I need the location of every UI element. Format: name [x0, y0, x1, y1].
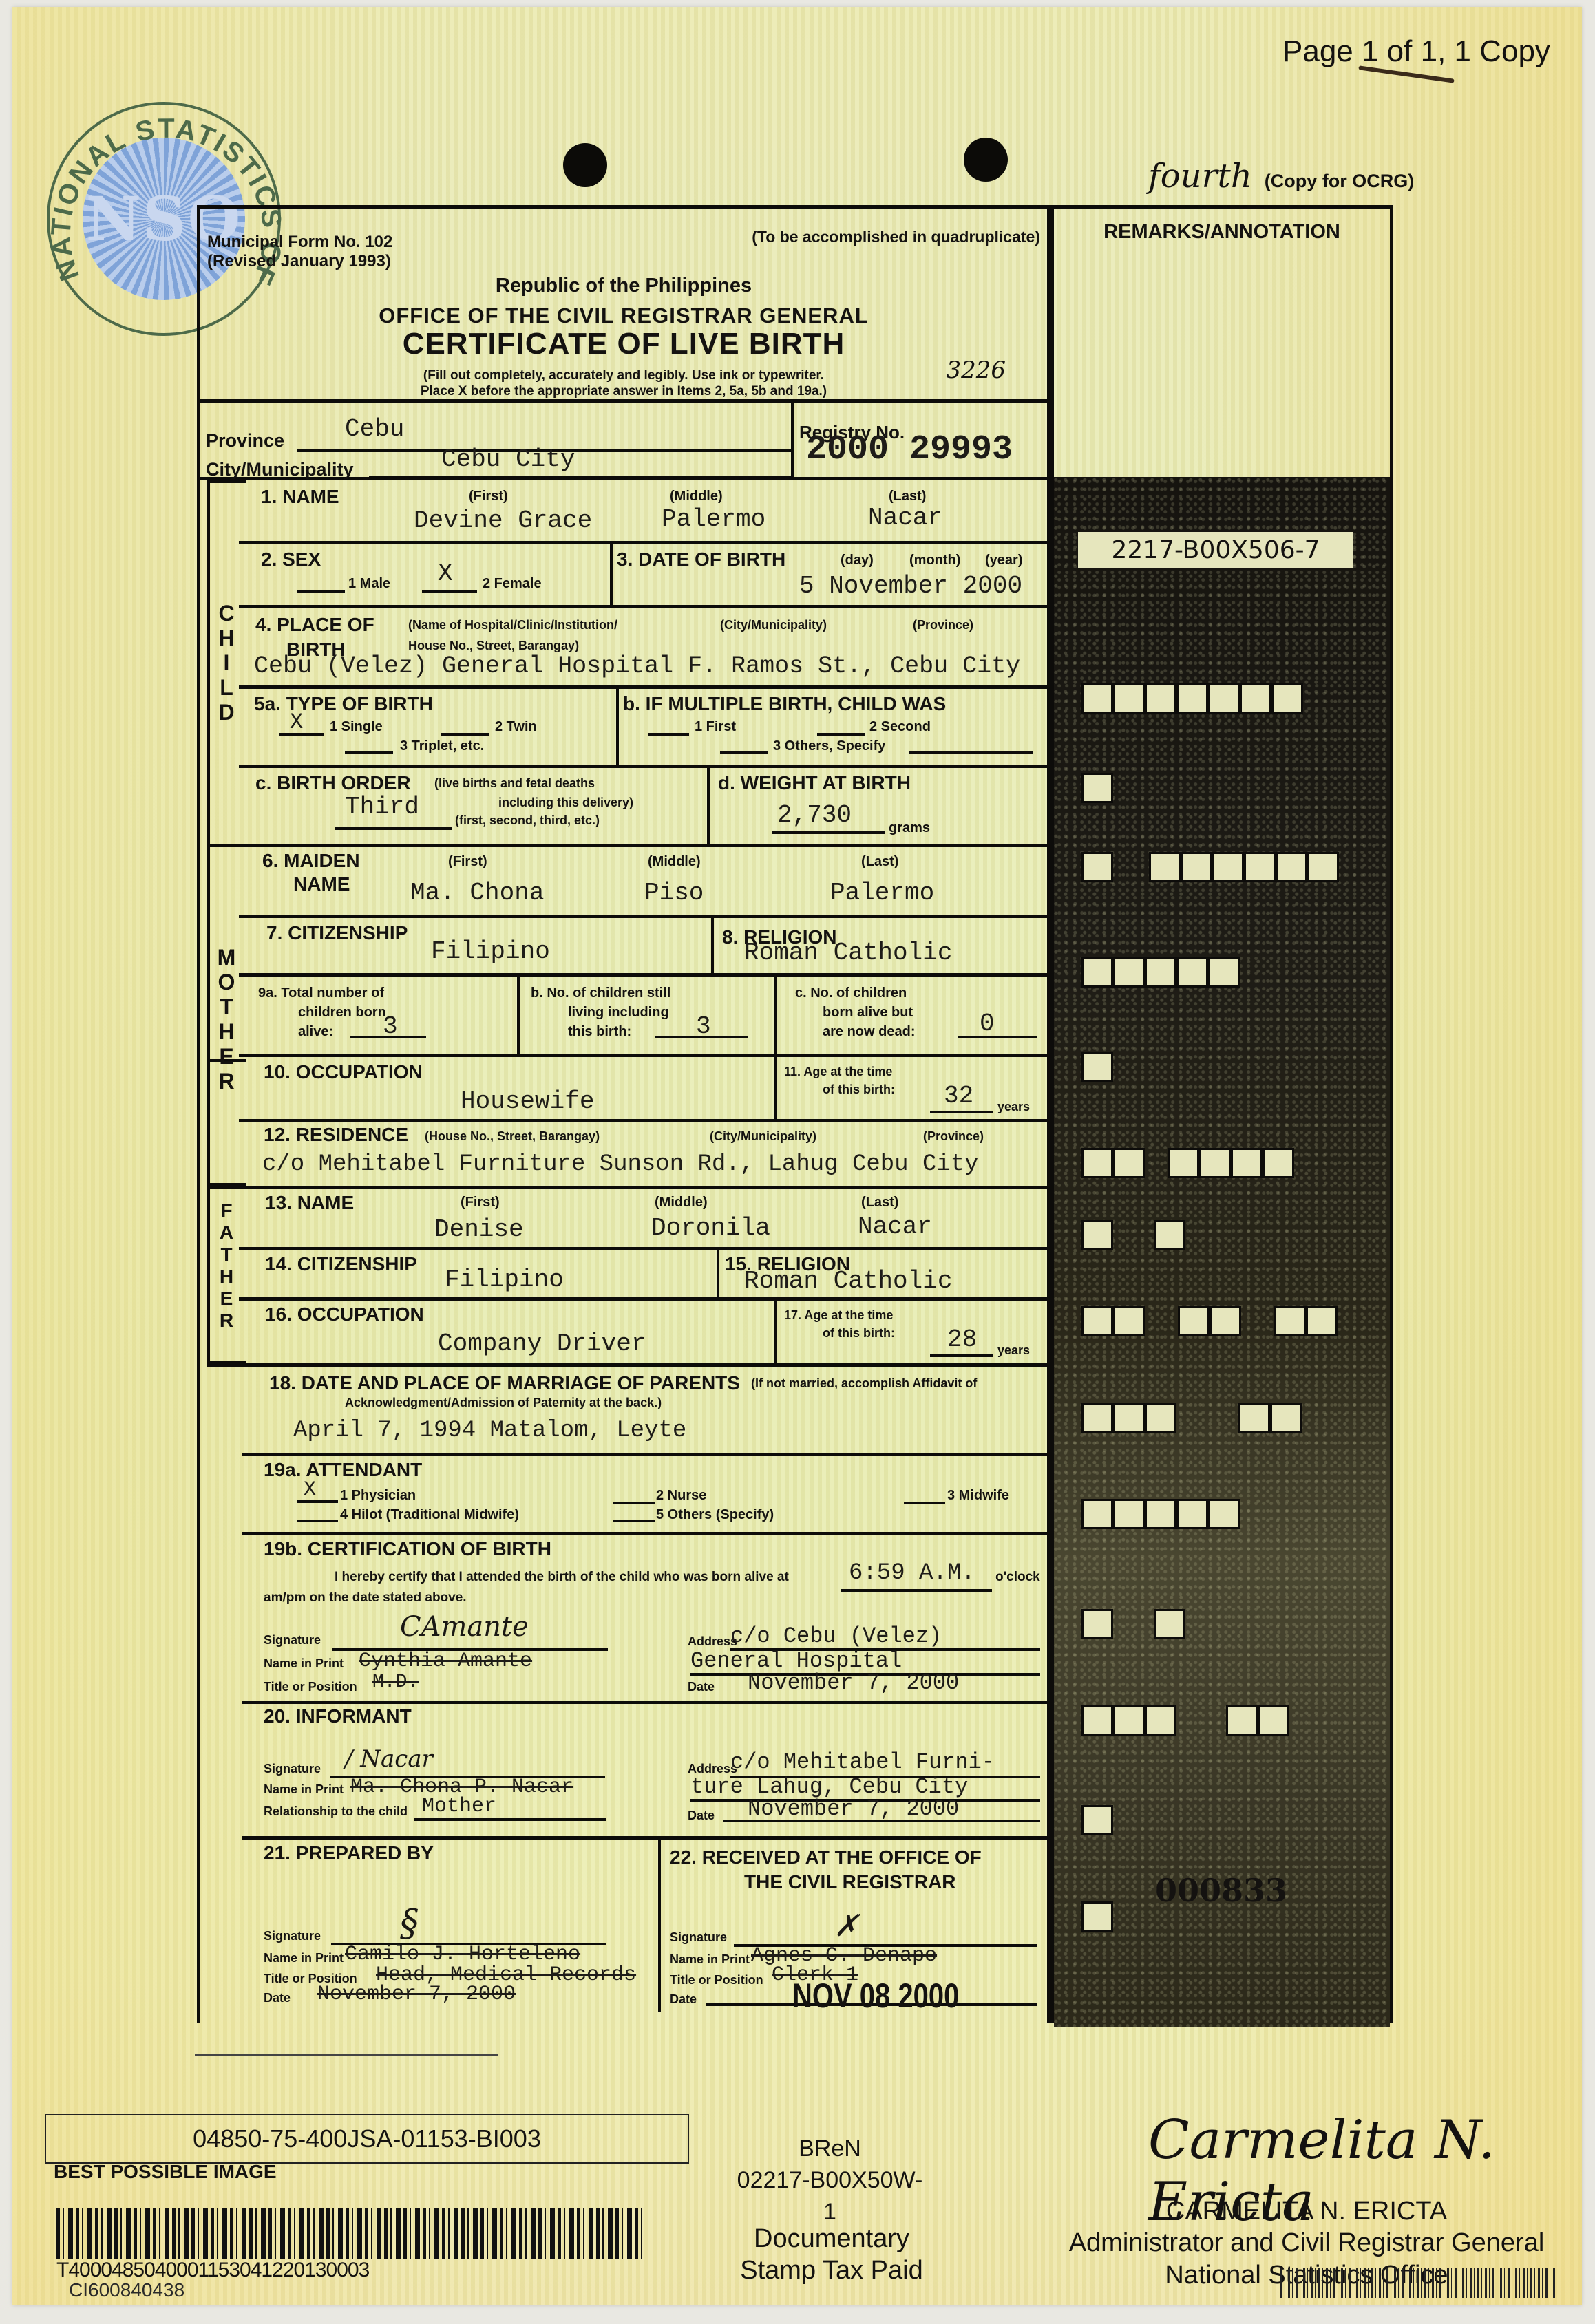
- last-label: (Last): [861, 1195, 898, 1211]
- code-boxes-residence-a: [1081, 1148, 1145, 1178]
- nurse-blank: [613, 1502, 655, 1504]
- code-boxes-attendant-a: [1081, 1403, 1176, 1433]
- city-line: [369, 476, 792, 478]
- others-blank: [720, 751, 768, 754]
- month-label: (month): [909, 553, 960, 568]
- divider: [774, 977, 777, 1054]
- footer-rule: [195, 2054, 498, 2056]
- attendant-others: 5 Others (Specify): [656, 1507, 774, 1523]
- last-label: (Last): [861, 854, 898, 870]
- name-in-print-label: Name in Print: [670, 1952, 750, 1967]
- code-boxes-occupation: [1081, 1052, 1113, 1082]
- divider: [711, 918, 714, 973]
- father-last-name: Nacar: [858, 1213, 932, 1241]
- code-boxes-mother-a: [1081, 852, 1113, 882]
- mother-citizenship-label: 7. CITIZENSHIP: [266, 922, 408, 944]
- signature-label: Signature: [264, 1929, 321, 1943]
- page-count: Page 1 of 1, 1 Copy: [1282, 34, 1550, 69]
- triplet-option: 3 Triplet, etc.: [400, 738, 484, 754]
- certification-date: November 7, 2000: [748, 1670, 959, 1696]
- mother-age-label: 11. Age at the time of this birth:: [784, 1063, 895, 1098]
- father-name-label: 13. NAME: [265, 1192, 354, 1214]
- mother-citizenship-value: Filipino: [431, 937, 550, 966]
- type-of-birth-row: 5a. TYPE OF BIRTH X 1 Single 2 Twin 3 Tr…: [200, 689, 1047, 765]
- father-first-name: Denise: [434, 1215, 524, 1244]
- maiden-name-label: 6. MAIDEN: [262, 850, 360, 872]
- code-boxes-children: [1081, 957, 1240, 988]
- punch-hole-left: [563, 143, 607, 187]
- informant-label: 20. INFORMANT: [264, 1705, 412, 1727]
- instruction-line-1: (Fill out completely, accurately and leg…: [200, 368, 1047, 384]
- weight-unit: grams: [889, 820, 930, 836]
- informant-date: November 7, 2000: [748, 1796, 959, 1822]
- relationship-label: Relationship to the child: [264, 1804, 408, 1819]
- dead-children-label: c. No. of children born alive but are no…: [795, 983, 915, 1041]
- others-specify-line: [909, 751, 1033, 754]
- sex-dob-row: 2. SEX 1 Male X 2 Female 3. DATE OF BIRT…: [200, 544, 1047, 605]
- total-children-label: 9a. Total number of children born alive:: [258, 983, 386, 1041]
- year-label: (year): [985, 553, 1022, 568]
- barcode-icon: [56, 2208, 644, 2259]
- informant-address-1: c/o Mehitabel Furni-: [730, 1749, 995, 1775]
- divider: [658, 1840, 661, 2012]
- place-of-birth-row: 4. PLACE OF BIRTH (Name of Hospital/Clin…: [200, 608, 1047, 685]
- child-name-label: 1. NAME: [261, 486, 339, 508]
- title-label: Title or Position: [670, 1973, 763, 1987]
- birth-time-value: 6:59 A.M.: [849, 1560, 975, 1586]
- code-boxes-cert-b: [1081, 1609, 1113, 1639]
- signature-label: Signature: [264, 1762, 321, 1776]
- coded-entries-area: 2217-B00X506-7: [1054, 477, 1390, 2027]
- best-possible-image-label: BEST POSSIBLE IMAGE: [54, 2161, 277, 2183]
- marriage-hint-2: Acknowledgment/Admission of Paternity at…: [345, 1396, 662, 1410]
- annotation-code-text: 2217-B00X506-7: [1111, 536, 1320, 564]
- code-boxes-received: [1081, 1901, 1113, 1932]
- code-boxes-order: [1081, 773, 1113, 803]
- remarks-annotation-column: REMARKS/ANNOTATION 2217-B00X506-7: [1050, 205, 1393, 2023]
- code-boxes-residence-b: [1168, 1148, 1294, 1178]
- father-occupation-label: 16. OCCUPATION: [265, 1303, 424, 1325]
- attendant-nurse: 2 Nurse: [656, 1488, 706, 1504]
- documentary-stamp-note: Documentary Stamp Tax Paid: [721, 2223, 942, 2287]
- title-label: Title or Position: [264, 1680, 357, 1694]
- residence-city-hint: (City/Municipality): [710, 1129, 816, 1144]
- living-children-value: 3: [696, 1012, 711, 1041]
- city-value: Cebu City: [441, 445, 575, 473]
- divider: [774, 1301, 777, 1363]
- mother-age-line: [930, 1111, 993, 1113]
- residence-value: c/o Mehitabel Furniture Sunson Rd., Lahu…: [262, 1151, 979, 1177]
- sex-female-mark: X: [438, 559, 453, 588]
- mother-occupation-label: 10. OCCUPATION: [264, 1061, 423, 1083]
- certificate-paper: Page 1 of 1, 1 Copy fourth(Copy for OCRG…: [12, 7, 1582, 2305]
- form-revised-text: (Revised January 1993): [207, 252, 392, 271]
- twin-blank: [441, 733, 489, 736]
- attendant-label: 19a. ATTENDANT: [264, 1459, 422, 1481]
- received-signature-icon: ✗: [834, 1908, 859, 1943]
- name-in-print-label: Name in Print: [264, 1656, 344, 1671]
- order-line: [335, 827, 452, 830]
- code-boxes-place: [1081, 683, 1303, 714]
- mother-name-row: 6. MAIDEN NAME (First) (Middle) (Last) M…: [200, 847, 1047, 915]
- mother-children-row: 9a. Total number of children born alive:…: [200, 977, 1047, 1054]
- total-children-value: 3: [383, 1012, 398, 1041]
- divider: [517, 977, 520, 1054]
- middle-label: (Middle): [670, 489, 723, 504]
- father-age-value: 28: [947, 1325, 977, 1354]
- female-blank: [422, 590, 477, 593]
- copy-for-ocrg: fourth(Copy for OCRG): [1148, 157, 1414, 195]
- republic-heading: Republic of the Philippines: [200, 275, 1047, 297]
- sex-female-option: 2 Female: [483, 576, 542, 592]
- residence-hint: (House No., Street, Barangay): [425, 1129, 600, 1144]
- code-boxes-informant-a: [1081, 1705, 1176, 1736]
- signatory-name: CARMELITA N. ERICTA: [1066, 2195, 1548, 2227]
- form-header: Municipal Form No. 102 (Revised January …: [200, 209, 1047, 403]
- middle-label: (Middle): [655, 1195, 708, 1211]
- father-age-line: [930, 1354, 993, 1357]
- code-boxes-cert: [1081, 1499, 1240, 1529]
- divider: [707, 768, 710, 844]
- place-label: 4. PLACE OF: [255, 614, 374, 636]
- code-boxes-prepared: [1081, 1805, 1113, 1835]
- day-label: (day): [841, 553, 874, 568]
- marriage-hint-1: (If not married, accomplish Affidavit of: [751, 1376, 977, 1391]
- place-hint-1: (Name of Hospital/Clinic/Institution/: [408, 618, 617, 632]
- stamp-line-1: Documentary: [721, 2223, 942, 2254]
- attendant-row: 19a. ATTENDANT X 1 Physician 2 Nurse 3 M…: [200, 1456, 1047, 1532]
- dead-children-value: 0: [980, 1010, 995, 1038]
- attendant-signature: CAmante: [400, 1611, 529, 1643]
- registry-number: 2000 29993: [806, 430, 1013, 469]
- oclock-text: o'clock: [995, 1570, 1040, 1585]
- others-blank: [613, 1520, 655, 1522]
- date-label: Date: [264, 1991, 291, 2005]
- marriage-value: April 7, 1994 Matalom, Leyte: [293, 1418, 686, 1444]
- quadruplicate-note: (To be accomplished in quadruplicate): [752, 228, 1040, 246]
- ci-number: CI600840438: [69, 2279, 184, 2301]
- stamp-line-2: Stamp Tax Paid: [721, 2254, 942, 2286]
- punch-hole-right: [964, 138, 1008, 182]
- order-hint-1: (live births and fetal deaths: [434, 776, 595, 791]
- location-row: Province Cebu City/Municipality Cebu Cit…: [200, 403, 1047, 480]
- birth-order-label: c. BIRTH ORDER: [255, 772, 411, 794]
- mother-first-name: Ma. Chona: [410, 879, 544, 907]
- father-occupation-row: 16. OCCUPATION Company Driver 17. Age at…: [200, 1301, 1047, 1363]
- single-mark: X: [290, 710, 303, 735]
- mother-occupation-row: 10. OCCUPATION Housewife 11. Age at the …: [200, 1057, 1047, 1119]
- certification-row: 19b. CERTIFICATION OF BIRTH I hereby cer…: [200, 1535, 1047, 1701]
- divider: [610, 544, 613, 605]
- dob-value: 5 November 2000: [799, 572, 1022, 600]
- form-no-text: Municipal Form No. 102: [207, 233, 392, 252]
- order-hint-3: (first, second, third, etc.): [455, 813, 600, 828]
- reference-number: 04850-75-400JSA-01153-BI003: [193, 2124, 541, 2153]
- marriage-row: 18. DATE AND PLACE OF MARRIAGE OF PARENT…: [200, 1367, 1047, 1453]
- weight-label: d. WEIGHT AT BIRTH: [718, 772, 911, 794]
- date-label: Date: [688, 1809, 715, 1823]
- physician-blank: [297, 1500, 338, 1503]
- bren-block: BReN 02217-B00X50W-1: [735, 2133, 925, 2228]
- mother-religion-value: Roman Catholic: [744, 939, 952, 967]
- mother-citizenship-row: 7. CITIZENSHIP Filipino 8. RELIGION Roma…: [200, 918, 1047, 973]
- place-province-hint: (Province): [913, 618, 973, 632]
- child-middle-name: Palermo: [662, 505, 765, 533]
- divider: [774, 1057, 777, 1119]
- mother-middle-name: Piso: [644, 879, 704, 907]
- mother-age-unit: years: [997, 1100, 1030, 1114]
- order-weight-row: c. BIRTH ORDER (live births and fetal de…: [200, 768, 1047, 844]
- name-in-print-label: Name in Print: [264, 1782, 344, 1797]
- security-barcode-icon: [1280, 2268, 1556, 2298]
- signatory-title: Administrator and Civil Registrar Genera…: [1066, 2227, 1548, 2259]
- multiple-birth-label: b. IF MULTIPLE BIRTH, CHILD WAS: [623, 693, 946, 715]
- midwife-blank: [904, 1502, 945, 1504]
- physician-mark: X: [304, 1478, 316, 1502]
- date-line: [723, 1820, 1040, 1822]
- sex-male-option: 1 Male: [348, 576, 390, 592]
- office-heading: OFFICE OF THE CIVIL REGISTRAR GENERAL: [200, 303, 1047, 328]
- document-title: CERTIFICATE OF LIVE BIRTH: [200, 327, 1047, 361]
- date-label: Date: [688, 1680, 715, 1694]
- code-boxes-marriage-c: [1274, 1306, 1338, 1336]
- informant-signature: / Nacar: [345, 1745, 433, 1773]
- single-option: 1 Single: [330, 719, 383, 735]
- mother-residence-row: 12. RESIDENCE (House No., Street, Barang…: [200, 1122, 1047, 1186]
- prepared-by-date: November 7, 2000: [317, 1983, 516, 2006]
- place-city-hint: (City/Municipality): [720, 618, 827, 632]
- date-label: Date: [670, 1992, 697, 2007]
- received-label: 22. RECEIVED AT THE OFFICE OF: [670, 1846, 982, 1868]
- male-blank: [297, 590, 345, 593]
- second-option: 2 Second: [869, 719, 931, 735]
- others-option: 3 Others, Specify: [773, 738, 885, 754]
- received-label-2: THE CIVIL REGISTRAR: [744, 1871, 956, 1893]
- birth-order-value: Third: [345, 793, 419, 821]
- annotation-code: 2217-B00X506-7: [1078, 532, 1353, 568]
- triplet-blank: [345, 751, 393, 754]
- reference-number-box: 04850-75-400JSA-01153-BI003: [45, 2114, 689, 2164]
- registry-divider: [791, 403, 794, 477]
- place-hint-2: House No., Street, Barangay): [408, 639, 579, 653]
- handwritten-number: 3226: [946, 356, 1006, 384]
- remarks-title: REMARKS/ANNOTATION: [1054, 221, 1390, 244]
- birth-certificate-form: Municipal Form No. 102 (Revised January …: [197, 205, 1050, 2023]
- signature-label: Signature: [264, 1633, 321, 1648]
- twin-option: 2 Twin: [495, 719, 537, 735]
- father-middle-name: Doronila: [651, 1214, 770, 1242]
- attendant-physician: 1 Physician: [340, 1488, 416, 1504]
- father-occupation-value: Company Driver: [438, 1330, 646, 1358]
- relationship-line: [414, 1818, 606, 1821]
- copy-note: (Copy for OCRG): [1265, 171, 1414, 191]
- father-religion-value: Roman Catholic: [744, 1267, 952, 1295]
- province-label: Province: [206, 430, 284, 451]
- barcode-number: T4000485040001153041220130003: [56, 2259, 369, 2282]
- informant-row: 20. INFORMANT Signature / Nacar Name in …: [200, 1704, 1047, 1836]
- code-boxes-father-b: [1154, 1220, 1185, 1250]
- mother-last-name: Palermo: [830, 879, 934, 907]
- marriage-label: 18. DATE AND PLACE OF MARRIAGE OF PARENT…: [269, 1372, 740, 1394]
- received-date-stamp: NOV 08 2000: [792, 1976, 959, 2016]
- hilot-blank: [297, 1520, 338, 1522]
- bren-code: 02217-B00X50W-1: [735, 2165, 925, 2228]
- prepared-by-name: Camilo J. Horteleno: [345, 1943, 580, 1966]
- code-boxes-cert-c: [1154, 1609, 1185, 1639]
- father-age-label: 17. Age at the time of this birth:: [784, 1306, 895, 1342]
- sex-label: 2. SEX: [261, 548, 321, 571]
- code-boxes-father-a: [1081, 1220, 1113, 1250]
- attendant-title: M.D.: [372, 1672, 419, 1693]
- first-label: (First): [469, 489, 508, 504]
- mother-age-value: 32: [944, 1082, 973, 1110]
- child-last-name: Nacar: [868, 504, 942, 532]
- residence-label: 12. RESIDENCE: [264, 1124, 408, 1146]
- dead-children-line: [958, 1036, 1037, 1038]
- code-boxes-informant-b: [1226, 1705, 1289, 1736]
- code-boxes-attendant-b: [1238, 1403, 1302, 1433]
- prepared-signature-icon: §: [400, 1901, 419, 1945]
- name-in-print-label: Name in Print: [264, 1951, 344, 1965]
- prepared-received-row: 21. PREPARED BY Signature § Name in Prin…: [200, 1840, 1047, 2012]
- first-option: 1 First: [695, 719, 736, 735]
- maiden-name-label-2: NAME: [293, 873, 350, 895]
- child-first-name: Devine Grace: [414, 507, 592, 535]
- attendant-address-1: c/o Cebu (Velez): [730, 1623, 942, 1649]
- father-name-row: 13. NAME (First) (Middle) (Last) Denise …: [200, 1189, 1047, 1247]
- order-hint-2: including this delivery): [498, 796, 633, 810]
- am-pm-text: am/pm on the date stated above.: [264, 1590, 467, 1606]
- first-label: (First): [461, 1195, 500, 1211]
- weight-value: 2,730: [777, 801, 852, 829]
- province-value: Cebu: [345, 415, 404, 443]
- weight-line: [772, 831, 885, 834]
- prepared-by-label: 21. PREPARED BY: [264, 1842, 434, 1864]
- attendant-midwife: 3 Midwife: [947, 1488, 1009, 1504]
- code-boxes-marriage-a: [1081, 1306, 1145, 1336]
- mother-occupation-value: Housewife: [461, 1087, 594, 1116]
- attendant-name: Cynthia Amante: [359, 1650, 532, 1673]
- informant-relationship: Mother: [422, 1795, 496, 1818]
- dob-label: 3. DATE OF BIRTH: [617, 548, 785, 571]
- first-label: (First): [448, 854, 487, 870]
- bren-label: BReN: [735, 2133, 925, 2165]
- last-label: (Last): [889, 489, 926, 504]
- code-boxes-marriage-b: [1178, 1306, 1241, 1336]
- residence-province-hint: (Province): [923, 1129, 984, 1144]
- father-citizenship-label: 14. CITIZENSHIP: [265, 1253, 417, 1275]
- birth-time-line: [841, 1589, 992, 1592]
- instruction-line-2: Place X before the appropriate answer in…: [200, 384, 1047, 400]
- living-children-label: b. No. of children still living includin…: [531, 983, 670, 1041]
- father-citizenship-value: Filipino: [445, 1266, 564, 1294]
- copy-scribble: fourth: [1148, 157, 1252, 195]
- first-blank: [648, 733, 689, 736]
- father-age-unit: years: [997, 1343, 1030, 1358]
- city-label: City/Municipality: [206, 459, 354, 480]
- type-of-birth-label: 5a. TYPE OF BIRTH: [254, 693, 433, 715]
- certification-label: 19b. CERTIFICATION OF BIRTH: [264, 1538, 551, 1560]
- signature-label: Signature: [670, 1930, 727, 1945]
- instructions: (Fill out completely, accurately and leg…: [200, 368, 1047, 400]
- attendant-hilot: 4 Hilot (Traditional Midwife): [340, 1507, 519, 1523]
- registry-stamp-number: 000833: [1155, 1872, 1287, 1909]
- second-blank: [817, 733, 865, 736]
- child-name-row: 1. NAME (First) (Middle) (Last) Devine G…: [200, 480, 1047, 541]
- middle-label: (Middle): [648, 854, 701, 870]
- divider: [616, 689, 619, 765]
- place-of-birth-value: Cebu (Velez) General Hospital F. Ramos S…: [254, 652, 1020, 680]
- form-number: Municipal Form No. 102 (Revised January …: [207, 233, 392, 270]
- certification-text: I hereby certify that I attended the bir…: [335, 1570, 789, 1585]
- code-boxes-mother-b: [1149, 852, 1339, 882]
- father-citizenship-row: 14. CITIZENSHIP Filipino 15. RELIGION Ro…: [200, 1250, 1047, 1297]
- divider: [717, 1250, 719, 1297]
